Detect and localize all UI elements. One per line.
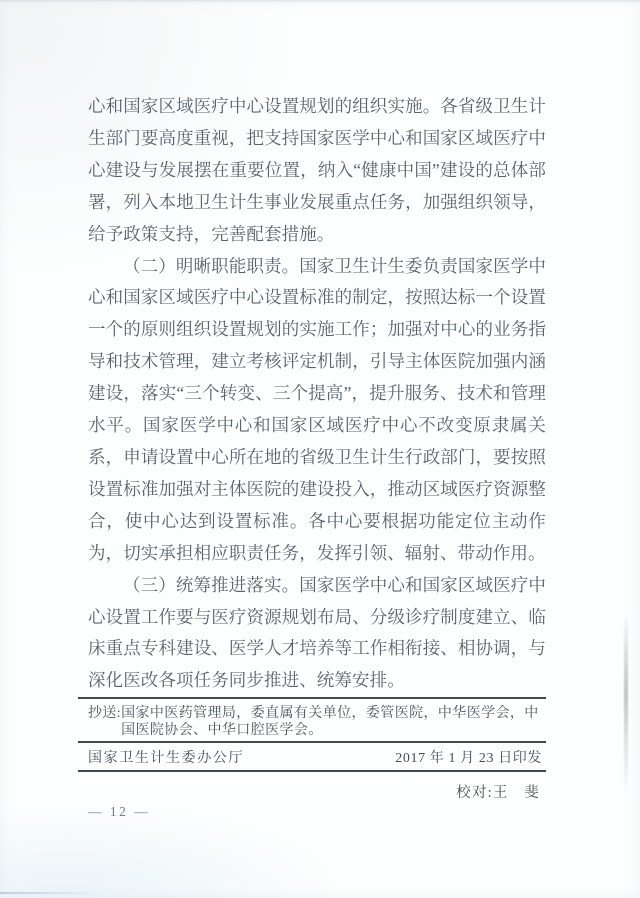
cc-line-1: 国家中医药管理局，委直属有关单位，委管医院，中华医学会，中 xyxy=(121,705,539,722)
print-date: 2017 年 1 月 23 日印发 xyxy=(395,747,542,767)
document-body: 心和国家区域医疗中心设置规划的组织实施。各省级卫生计生部门要高度重视，把支持国家… xyxy=(88,91,546,697)
issuing-office: 国家卫生计生委办公厅 xyxy=(88,747,244,767)
cc-label: 抄送: xyxy=(88,705,121,739)
page-number: — 12 — xyxy=(88,804,150,820)
issuer-row: 国家卫生计生委办公厅 2017 年 1 月 23 日印发 xyxy=(78,743,546,770)
body-paragraph-1: 心和国家区域医疗中心设置规划的组织实施。各省级卫生计生部门要高度重视，把支持国家… xyxy=(88,91,546,251)
document-footer: 抄送: 国家中医药管理局，委直属有关单位，委管医院，中华医学会，中 国医院协会、… xyxy=(78,697,546,802)
cc-text: 国家中医药管理局，委直属有关单位，委管医院，中华医学会，中 国医院协会、中华口腔… xyxy=(121,705,539,739)
cc-block: 抄送: 国家中医药管理局，委直属有关单位，委管医院，中华医学会，中 国医院协会、… xyxy=(78,699,546,741)
scan-artifact-bottomleft-shading xyxy=(0,808,330,898)
cc-line-2: 国医院协会、中华口腔医学会。 xyxy=(121,722,539,739)
scan-artifact-right-streak xyxy=(624,612,628,797)
body-paragraph-3: （三）统筹推进落实。国家医学中心和国家区域医疗中心设置工作要与医疗资源规划布局、… xyxy=(88,570,546,698)
scan-artifact-top-edge xyxy=(0,0,640,3)
scan-artifact-bottom-edge xyxy=(0,892,100,894)
document-page: 心和国家区域医疗中心设置规划的组织实施。各省级卫生计生部门要高度重视，把支持国家… xyxy=(0,0,640,898)
proofreader-row: 校对:王 斐 xyxy=(78,772,546,802)
proofreader: 校对:王 斐 xyxy=(456,785,540,801)
body-paragraph-2: （二）明晰职能职责。国家卫生计生委负责国家医学中心和国家区域医疗中心设置标准的制… xyxy=(88,251,546,570)
